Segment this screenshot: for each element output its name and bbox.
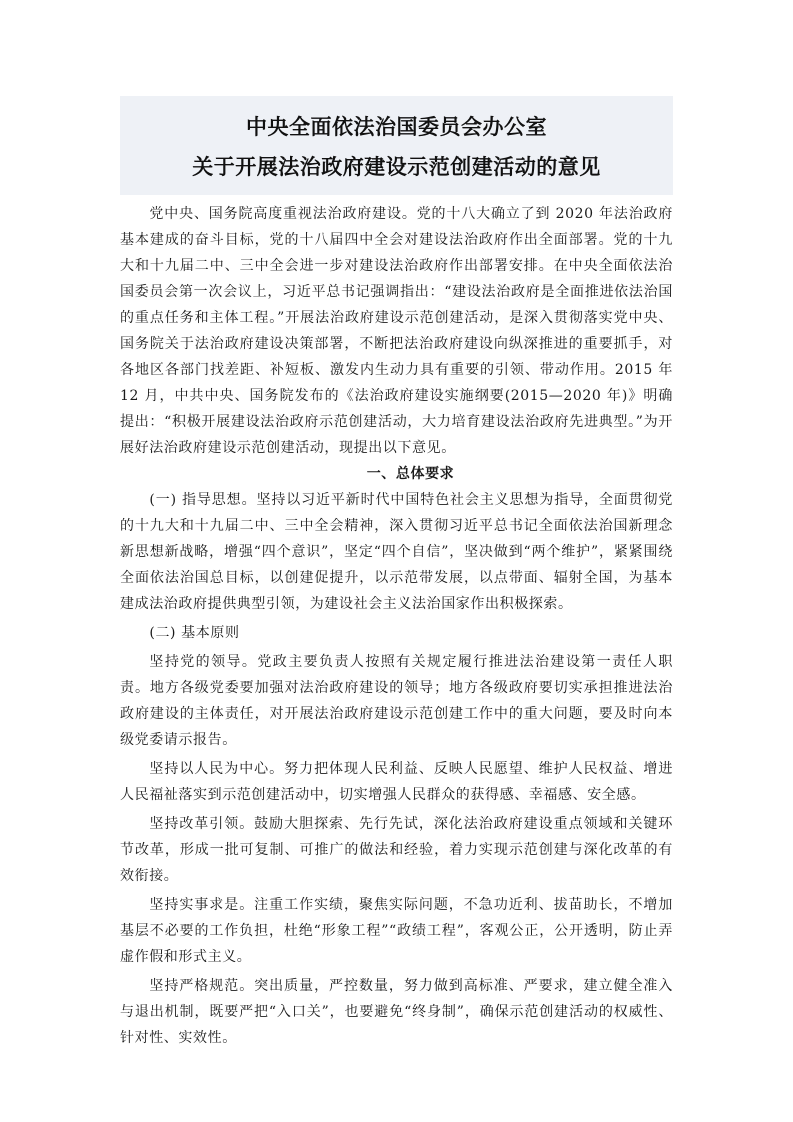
principle-seek-truth-from-facts: 坚持实事求是。注重工作实绩，聚焦实际问题，不急功近利、拔苗助长，不增加基层不必要… [120,892,673,970]
principle-party-leadership: 坚持党的领导。党政主要负责人按照有关规定履行推进法治建设第一责任人职责。地方各级… [120,649,673,753]
document-title: 关于开展法治政府建设示范创建活动的意见 [192,147,601,187]
issuing-body-title: 中央全面依法治国委员会办公室 [246,107,547,147]
guiding-thought-paragraph: (一) 指导思想。坚持以习近平新时代中国特色社会主义思想为指导，全面贯彻党的十九… [120,487,673,617]
section-heading-general-requirements: 一、总体要求 [120,461,673,487]
intro-paragraph: 党中央、国务院高度重视法治政府建设。党的十八大确立了到 2020 年法治政府基本… [120,201,673,461]
principle-people-centered: 坚持以人民为中心。努力把体现人民利益、反映人民愿望、维护人民权益、增进人民福祉落… [120,756,673,808]
document-page: 中央全面依法治国委员会办公室 关于开展法治政府建设示范创建活动的意见 党中央、国… [120,96,673,1051]
basic-principles-heading: (二) 基本原则 [120,620,673,646]
title-block: 中央全面依法治国委员会办公室 关于开展法治政府建设示范创建活动的意见 [120,96,673,195]
principle-strict-standards: 坚持严格规范。突出质量，严控数量，努力做到高标准、严要求，建立健全准入与退出机制… [120,973,673,1051]
principle-reform-led: 坚持改革引领。鼓励大胆探索、先行先试，深化法治政府建设重点领域和关键环节改革，形… [120,811,673,889]
document-body: 党中央、国务院高度重视法治政府建设。党的十八大确立了到 2020 年法治政府基本… [120,201,673,1051]
